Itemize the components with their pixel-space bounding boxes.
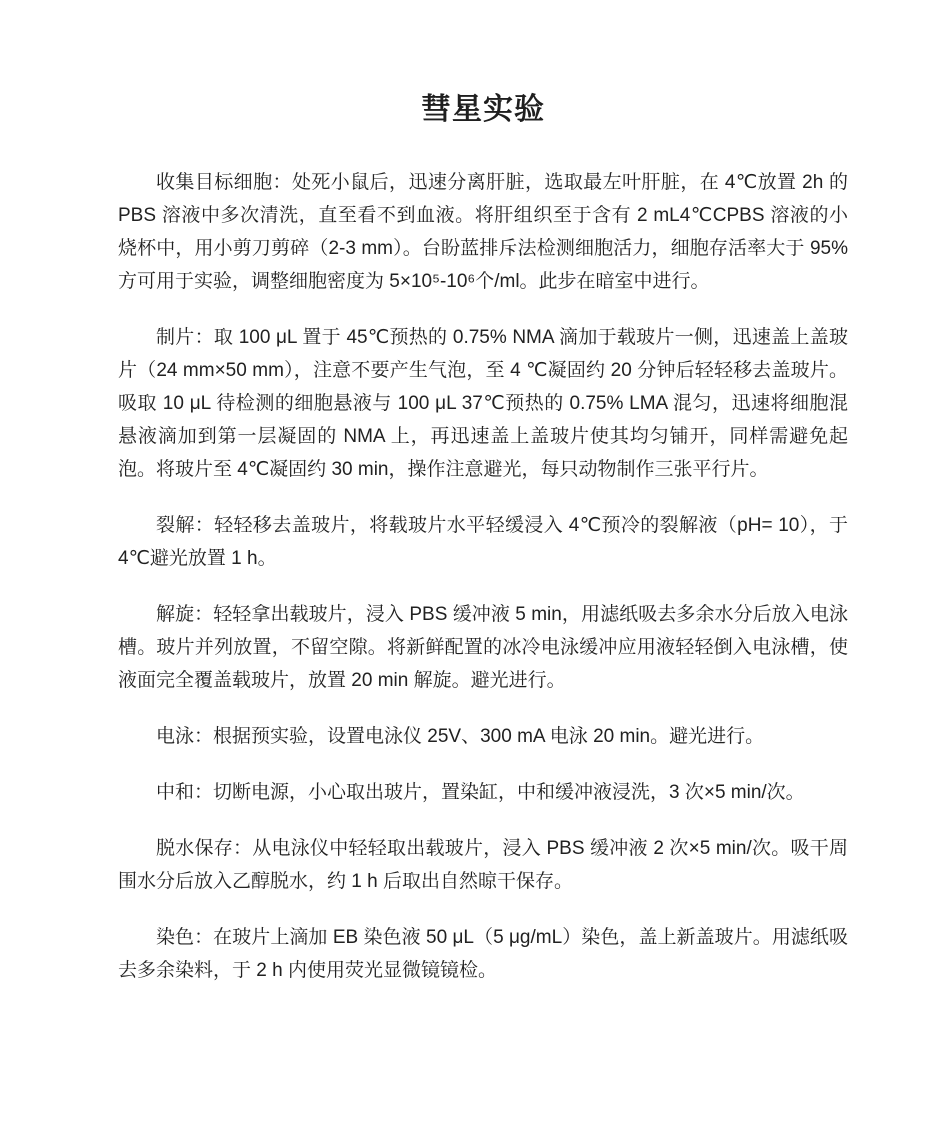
paragraph-unwinding: 解旋：轻轻拿出载玻片，浸入 PBS 缓冲液 5 min，用滤纸吸去多余水分后放入… xyxy=(118,598,848,697)
document-page: 彗星实验 收集目标细胞：处死小鼠后，迅速分离肝脏，选取最左叶肝脏，在 4℃放置 … xyxy=(0,0,950,1129)
paragraph-electrophoresis: 电泳：根据预实验，设置电泳仪 25V、300 mA 电泳 20 min。避光进行… xyxy=(118,720,848,753)
paragraph-staining: 染色：在玻片上滴加 EB 染色液 50 μL（5 μg/mL）染色，盖上新盖玻片… xyxy=(118,921,848,987)
document-title: 彗星实验 xyxy=(118,90,848,130)
paragraph-collect-target-cells: 收集目标细胞：处死小鼠后，迅速分离肝脏，选取最左叶肝脏，在 4℃放置 2h 的 … xyxy=(118,166,848,298)
paragraph-lysis: 裂解：轻轻移去盖玻片，将载玻片水平轻缓浸入 4℃预冷的裂解液（pH= 10），于… xyxy=(118,509,848,575)
paragraph-slide-preparation: 制片：取 100 μL 置于 45℃预热的 0.75% NMA 滴加于载玻片一侧… xyxy=(118,321,848,486)
paragraph-neutralization: 中和：切断电源，小心取出玻片，置染缸，中和缓冲液浸洗，3 次×5 min/次。 xyxy=(118,776,848,809)
paragraph-dehydration-storage: 脱水保存：从电泳仪中轻轻取出载玻片，浸入 PBS 缓冲液 2 次×5 min/次… xyxy=(118,832,848,898)
